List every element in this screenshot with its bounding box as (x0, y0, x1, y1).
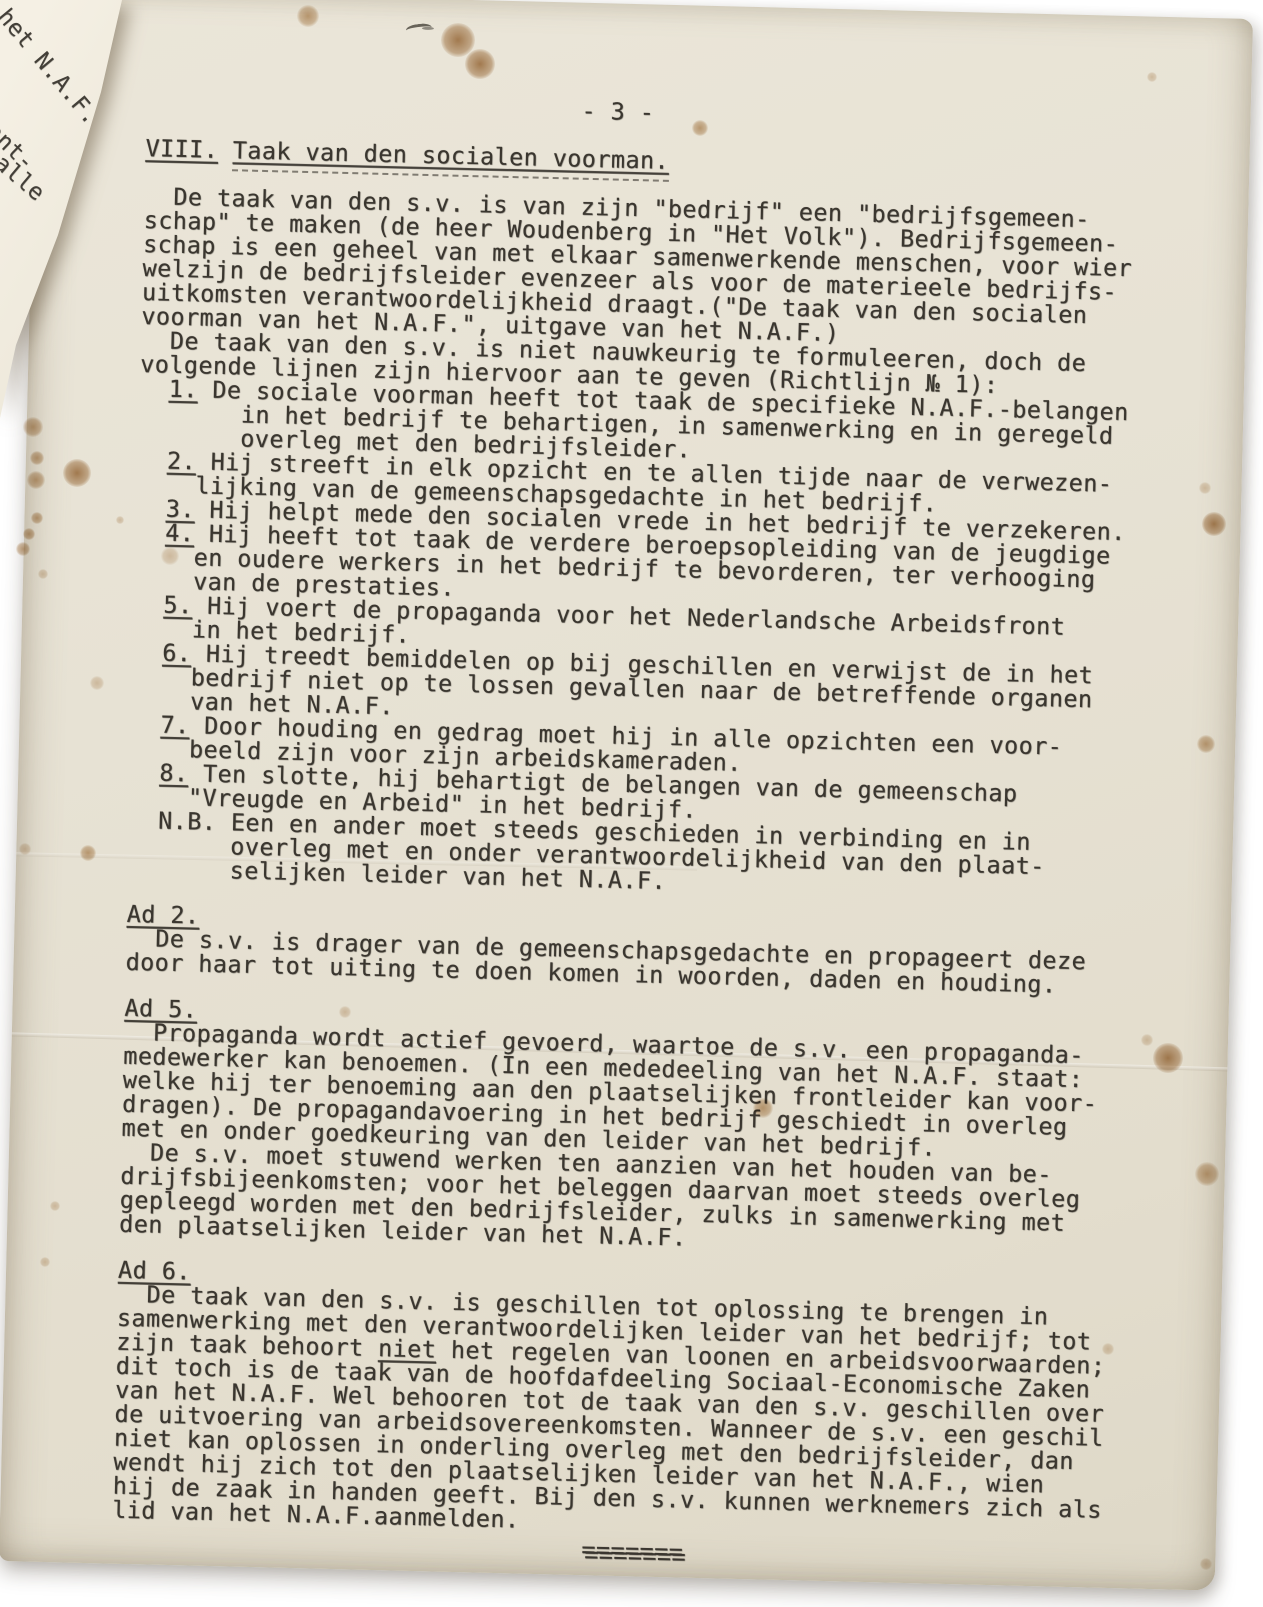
text-segment: - 3 - (581, 97, 654, 127)
text-line: VIII. Taak van den socialen voorman. (145, 136, 1249, 187)
text-segment: ======= (584, 1540, 686, 1570)
folded-page-corner: het N.A.F. verant- alle (0, 0, 270, 490)
section-ad-6: Ad 6. De taak van den s.v. is geschillen… (112, 1258, 1222, 1549)
underlined-text: Taak van den socialen voorman. (232, 136, 669, 182)
text-line: - 3 - (581, 99, 1250, 139)
page-number: - 3 - (581, 99, 1250, 139)
text-line: ======= (584, 1542, 686, 1568)
section-ad-2: Ad 2. De s.v. is drager van de gemeensch… (125, 902, 1230, 1001)
section-ad-5: Ad 5. Propaganda wordt actief gevoerd, w… (119, 996, 1229, 1263)
section-heading: VIII. Taak van den socialen voorman. (145, 136, 1249, 187)
numbered-list: 1. De sociale voorman heeft tot taak de … (128, 376, 1244, 907)
scanned-document-page: { "document": { "page_number": "- 3 -", … (0, 0, 1263, 1607)
